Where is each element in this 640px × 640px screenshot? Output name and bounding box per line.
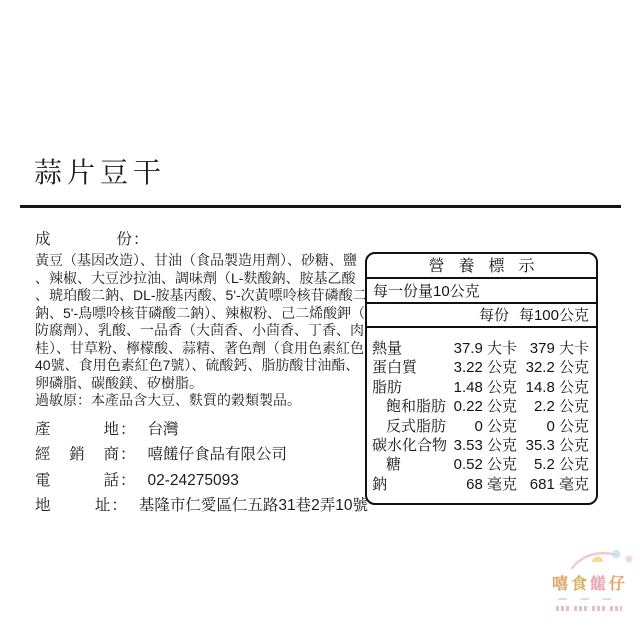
nutrition-row-trans-fat: 反式脂肪 0 公克 0 公克 [367, 417, 589, 436]
watermark-dash [558, 598, 567, 600]
label-char: 電 [35, 473, 51, 489]
colon: ： [120, 422, 136, 438]
label-char: 份 [116, 227, 132, 249]
row-per-serving: 3.22 公克 [447, 358, 517, 377]
watermark-dashes [558, 598, 640, 600]
nutrition-table: 營養標示 每一份量10公克 每份 每100公克 熱量 37.9 大卡 379 大… [365, 252, 598, 505]
nutrition-row-calories: 熱量 37.9 大卡 379 大卡 [367, 339, 589, 358]
row-per-serving: 1.48 公克 [447, 378, 517, 397]
label-char: 話 [103, 473, 119, 489]
label-char: 商 [103, 447, 119, 463]
row-per-100g: 0 公克 [517, 417, 589, 436]
row-per-100g: 379 大卡 [517, 339, 589, 358]
product-title: 蒜片豆干 [34, 151, 166, 191]
distributor-label: 經銷商 [35, 447, 119, 463]
ingredients-text: 黃豆（基因改造）、甘油（食品製造用劑）、砂糖、鹽、辣椒、大豆沙拉油、調味劑（L-… [35, 252, 368, 392]
row-per-100g: 2.2 公克 [517, 397, 589, 416]
row-per-serving: 0.22 公克 [447, 397, 517, 416]
distributor-value: 嘻饈仔食品有限公司 [148, 447, 288, 463]
row-label: 熱量 [367, 339, 447, 358]
nutrition-row-saturated-fat: 飽和脂肪 0.22 公克 2.2 公克 [367, 397, 589, 416]
distributor-info: 產地： 台灣 經銷商： 嘻饈仔食品有限公司 電話： 02-24275093 地址… [35, 422, 368, 515]
brand-char: 嘻 [552, 571, 568, 594]
label-char: 經 [35, 447, 51, 463]
row-per-serving: 0 公克 [447, 417, 517, 436]
row-per-serving: 37.9 大卡 [447, 339, 517, 358]
origin-value: 台灣 [148, 422, 179, 438]
row-per-100g: 32.2 公克 [517, 358, 589, 377]
info-row-origin: 產地： 台灣 [35, 422, 368, 438]
colon: ： [120, 447, 136, 463]
ingredients-heading: 成份： [35, 227, 368, 248]
label-char: 地 [35, 498, 51, 514]
watermark-dash [602, 598, 611, 600]
ingredients-label: 成份 [35, 227, 132, 249]
col-header-per-100g: 每100公克 [513, 304, 589, 326]
row-per-100g: 681 毫克 [517, 475, 589, 494]
phone-value: 02-24275093 [148, 473, 239, 489]
nutrition-rows: 熱量 37.9 大卡 379 大卡 蛋白質 3.22 公克 32.2 公克 脂肪… [367, 328, 596, 503]
serving-size: 每一份量10公克 [367, 279, 596, 304]
address-label: 地址 [35, 498, 110, 514]
brand-char: 饈 [590, 571, 606, 594]
colon: ： [133, 227, 149, 249]
colon: ： [111, 498, 127, 514]
row-per-serving: 68 毫克 [447, 475, 517, 494]
watermark-swirl-icon [566, 546, 638, 570]
watermark-dash [580, 598, 589, 600]
colon: ： [120, 473, 136, 489]
row-label: 碳水化合物 [367, 436, 447, 455]
row-per-100g: 5.2 公克 [517, 455, 589, 474]
origin-label: 產地 [35, 422, 119, 438]
watermark-caption [556, 606, 622, 611]
nutrition-row-carbohydrate: 碳水化合物 3.53 公克 35.3 公克 [367, 436, 589, 455]
nutrition-column-headers: 每份 每100公克 [367, 304, 596, 328]
row-per-serving: 0.52 公克 [447, 455, 517, 474]
label-char: 產 [35, 422, 51, 438]
brand-logo-text: 嘻 食 饈 仔 [552, 571, 640, 594]
nutrition-title: 營養標示 [367, 254, 596, 279]
info-row-phone: 電話： 02-24275093 [35, 473, 368, 489]
label-page: 蒜片豆干 成份： 黃豆（基因改造）、甘油（食品製造用劑）、砂糖、鹽、辣椒、大豆沙… [0, 0, 640, 640]
allergen-text: 過敏原：本產品含大豆、麩質的穀類製品。 [35, 392, 368, 410]
phone-label: 電話 [35, 473, 119, 489]
ingredients-column: 成份： 黃豆（基因改造）、甘油（食品製造用劑）、砂糖、鹽、辣椒、大豆沙拉油、調味… [35, 227, 368, 524]
row-label: 蛋白質 [367, 358, 447, 377]
label-char: 址 [95, 498, 111, 514]
label-char: 地 [103, 422, 119, 438]
row-label: 飽和脂肪 [367, 397, 447, 416]
nutrition-row-protein: 蛋白質 3.22 公克 32.2 公克 [367, 358, 589, 377]
brand-char: 仔 [609, 571, 625, 594]
nutrition-row-sodium: 鈉 68 毫克 681 毫克 [367, 475, 589, 494]
label-char: 銷 [69, 447, 85, 463]
row-label: 反式脂肪 [367, 417, 447, 436]
address-value: 基隆市仁愛區仁五路31巷2弄10號 [139, 498, 368, 514]
brand-watermark: 嘻 食 饈 仔 [552, 546, 640, 611]
title-divider [20, 205, 621, 208]
col-header-per-serving: 每份 [443, 304, 513, 326]
row-label: 糖 [367, 455, 447, 474]
row-per-serving: 3.53 公克 [447, 436, 517, 455]
info-row-address: 地址： 基隆市仁愛區仁五路31巷2弄10號 [35, 498, 368, 514]
label-char: 成 [35, 227, 51, 249]
row-label: 鈉 [367, 475, 447, 494]
brand-char: 食 [571, 571, 587, 594]
row-per-100g: 35.3 公克 [517, 436, 589, 455]
row-per-100g: 14.8 公克 [517, 378, 589, 397]
row-label: 脂肪 [367, 378, 447, 397]
info-row-distributor: 經銷商： 嘻饈仔食品有限公司 [35, 447, 368, 463]
nutrition-row-fat: 脂肪 1.48 公克 14.8 公克 [367, 378, 589, 397]
nutrition-row-sugar: 糖 0.52 公克 5.2 公克 [367, 455, 589, 474]
